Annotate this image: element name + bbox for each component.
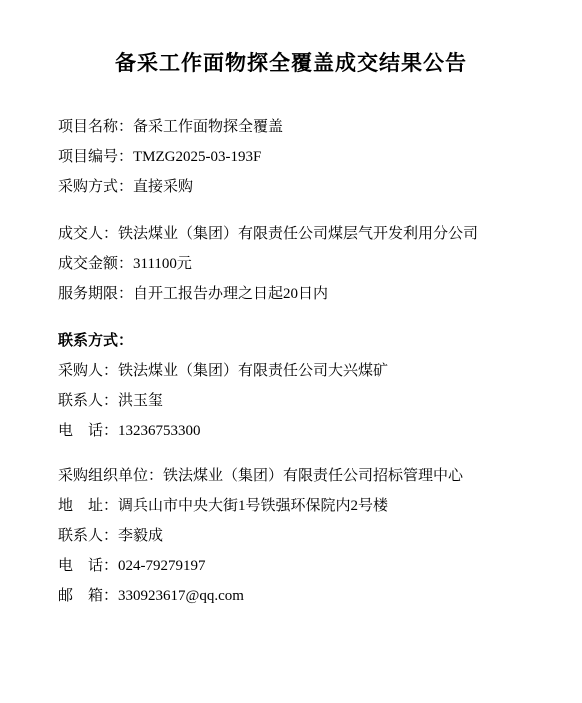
field-value: 李毅成	[118, 528, 163, 544]
field-label: 地 址：	[58, 498, 118, 514]
field-organizer-address: 地 址：调兵山市中央大街1号铁强环保院内2号楼	[58, 491, 524, 521]
field-label: 采购方式：	[58, 179, 133, 195]
contact-section-heading: 联系方式：	[58, 326, 524, 356]
field-value: 自开工报告办理之日起20日内	[133, 286, 328, 302]
field-value: 铁法煤业（集团）有限责任公司大兴煤矿	[118, 363, 388, 379]
field-organizer-contact-person: 联系人：李毅成	[58, 521, 524, 551]
field-value: 备采工作面物探全覆盖	[133, 119, 283, 135]
field-value: 铁法煤业（集团）有限责任公司招标管理中心	[163, 468, 463, 484]
field-project-name: 项目名称：备采工作面物探全覆盖	[58, 112, 524, 142]
field-organizer-email: 邮 箱：330923617@qq.com	[58, 581, 524, 611]
field-value: 330923617@qq.com	[118, 588, 244, 604]
field-label: 采购人：	[58, 363, 118, 379]
award-info-section: 成交人：铁法煤业（集团）有限责任公司煤层气开发利用分公司 成交金额：311100…	[58, 219, 524, 309]
field-value: 13236753300	[118, 423, 201, 439]
field-label: 电 话：	[58, 423, 118, 439]
field-winner: 成交人：铁法煤业（集团）有限责任公司煤层气开发利用分公司	[58, 219, 524, 249]
page-title: 备采工作面物探全覆盖成交结果公告	[58, 52, 524, 74]
field-value: TMZG2025-03-193F	[133, 149, 261, 165]
field-value: 洪玉玺	[118, 393, 163, 409]
field-label: 邮 箱：	[58, 588, 118, 604]
organizer-info-section: 采购组织单位：铁法煤业（集团）有限责任公司招标管理中心 地 址：调兵山市中央大街…	[58, 461, 524, 611]
field-value: 024-79279197	[118, 558, 206, 574]
field-service-period: 服务期限：自开工报告办理之日起20日内	[58, 279, 524, 309]
field-award-amount: 成交金额：311100元	[58, 249, 524, 279]
field-label: 采购组织单位：	[58, 468, 163, 484]
field-purchaser: 采购人：铁法煤业（集团）有限责任公司大兴煤矿	[58, 356, 524, 386]
field-value: 311100元	[133, 256, 192, 272]
field-label: 联系人：	[58, 393, 118, 409]
field-label: 服务期限：	[58, 286, 133, 302]
project-info-section: 项目名称：备采工作面物探全覆盖 项目编号：TMZG2025-03-193F 采购…	[58, 112, 524, 202]
field-label: 成交金额：	[58, 256, 133, 272]
field-organizer-unit: 采购组织单位：铁法煤业（集团）有限责任公司招标管理中心	[58, 461, 524, 491]
document-page: 备采工作面物探全覆盖成交结果公告 项目名称：备采工作面物探全覆盖 项目编号：TM…	[0, 0, 582, 703]
field-label: 成交人：	[58, 226, 118, 242]
field-value: 调兵山市中央大街1号铁强环保院内2号楼	[118, 498, 388, 514]
field-contact-phone: 电 话：13236753300	[58, 416, 524, 446]
field-label: 项目名称：	[58, 119, 133, 135]
field-value: 铁法煤业（集团）有限责任公司煤层气开发利用分公司	[118, 226, 478, 242]
field-contact-person: 联系人：洪玉玺	[58, 386, 524, 416]
field-procurement-method: 采购方式：直接采购	[58, 172, 524, 202]
contact-info-section: 采购人：铁法煤业（集团）有限责任公司大兴煤矿 联系人：洪玉玺 电 话：13236…	[58, 356, 524, 446]
field-value: 直接采购	[133, 179, 193, 195]
field-label: 电 话：	[58, 558, 118, 574]
field-label: 联系人：	[58, 528, 118, 544]
field-label: 项目编号：	[58, 149, 133, 165]
field-organizer-phone: 电 话：024-79279197	[58, 551, 524, 581]
field-project-number: 项目编号：TMZG2025-03-193F	[58, 142, 524, 172]
